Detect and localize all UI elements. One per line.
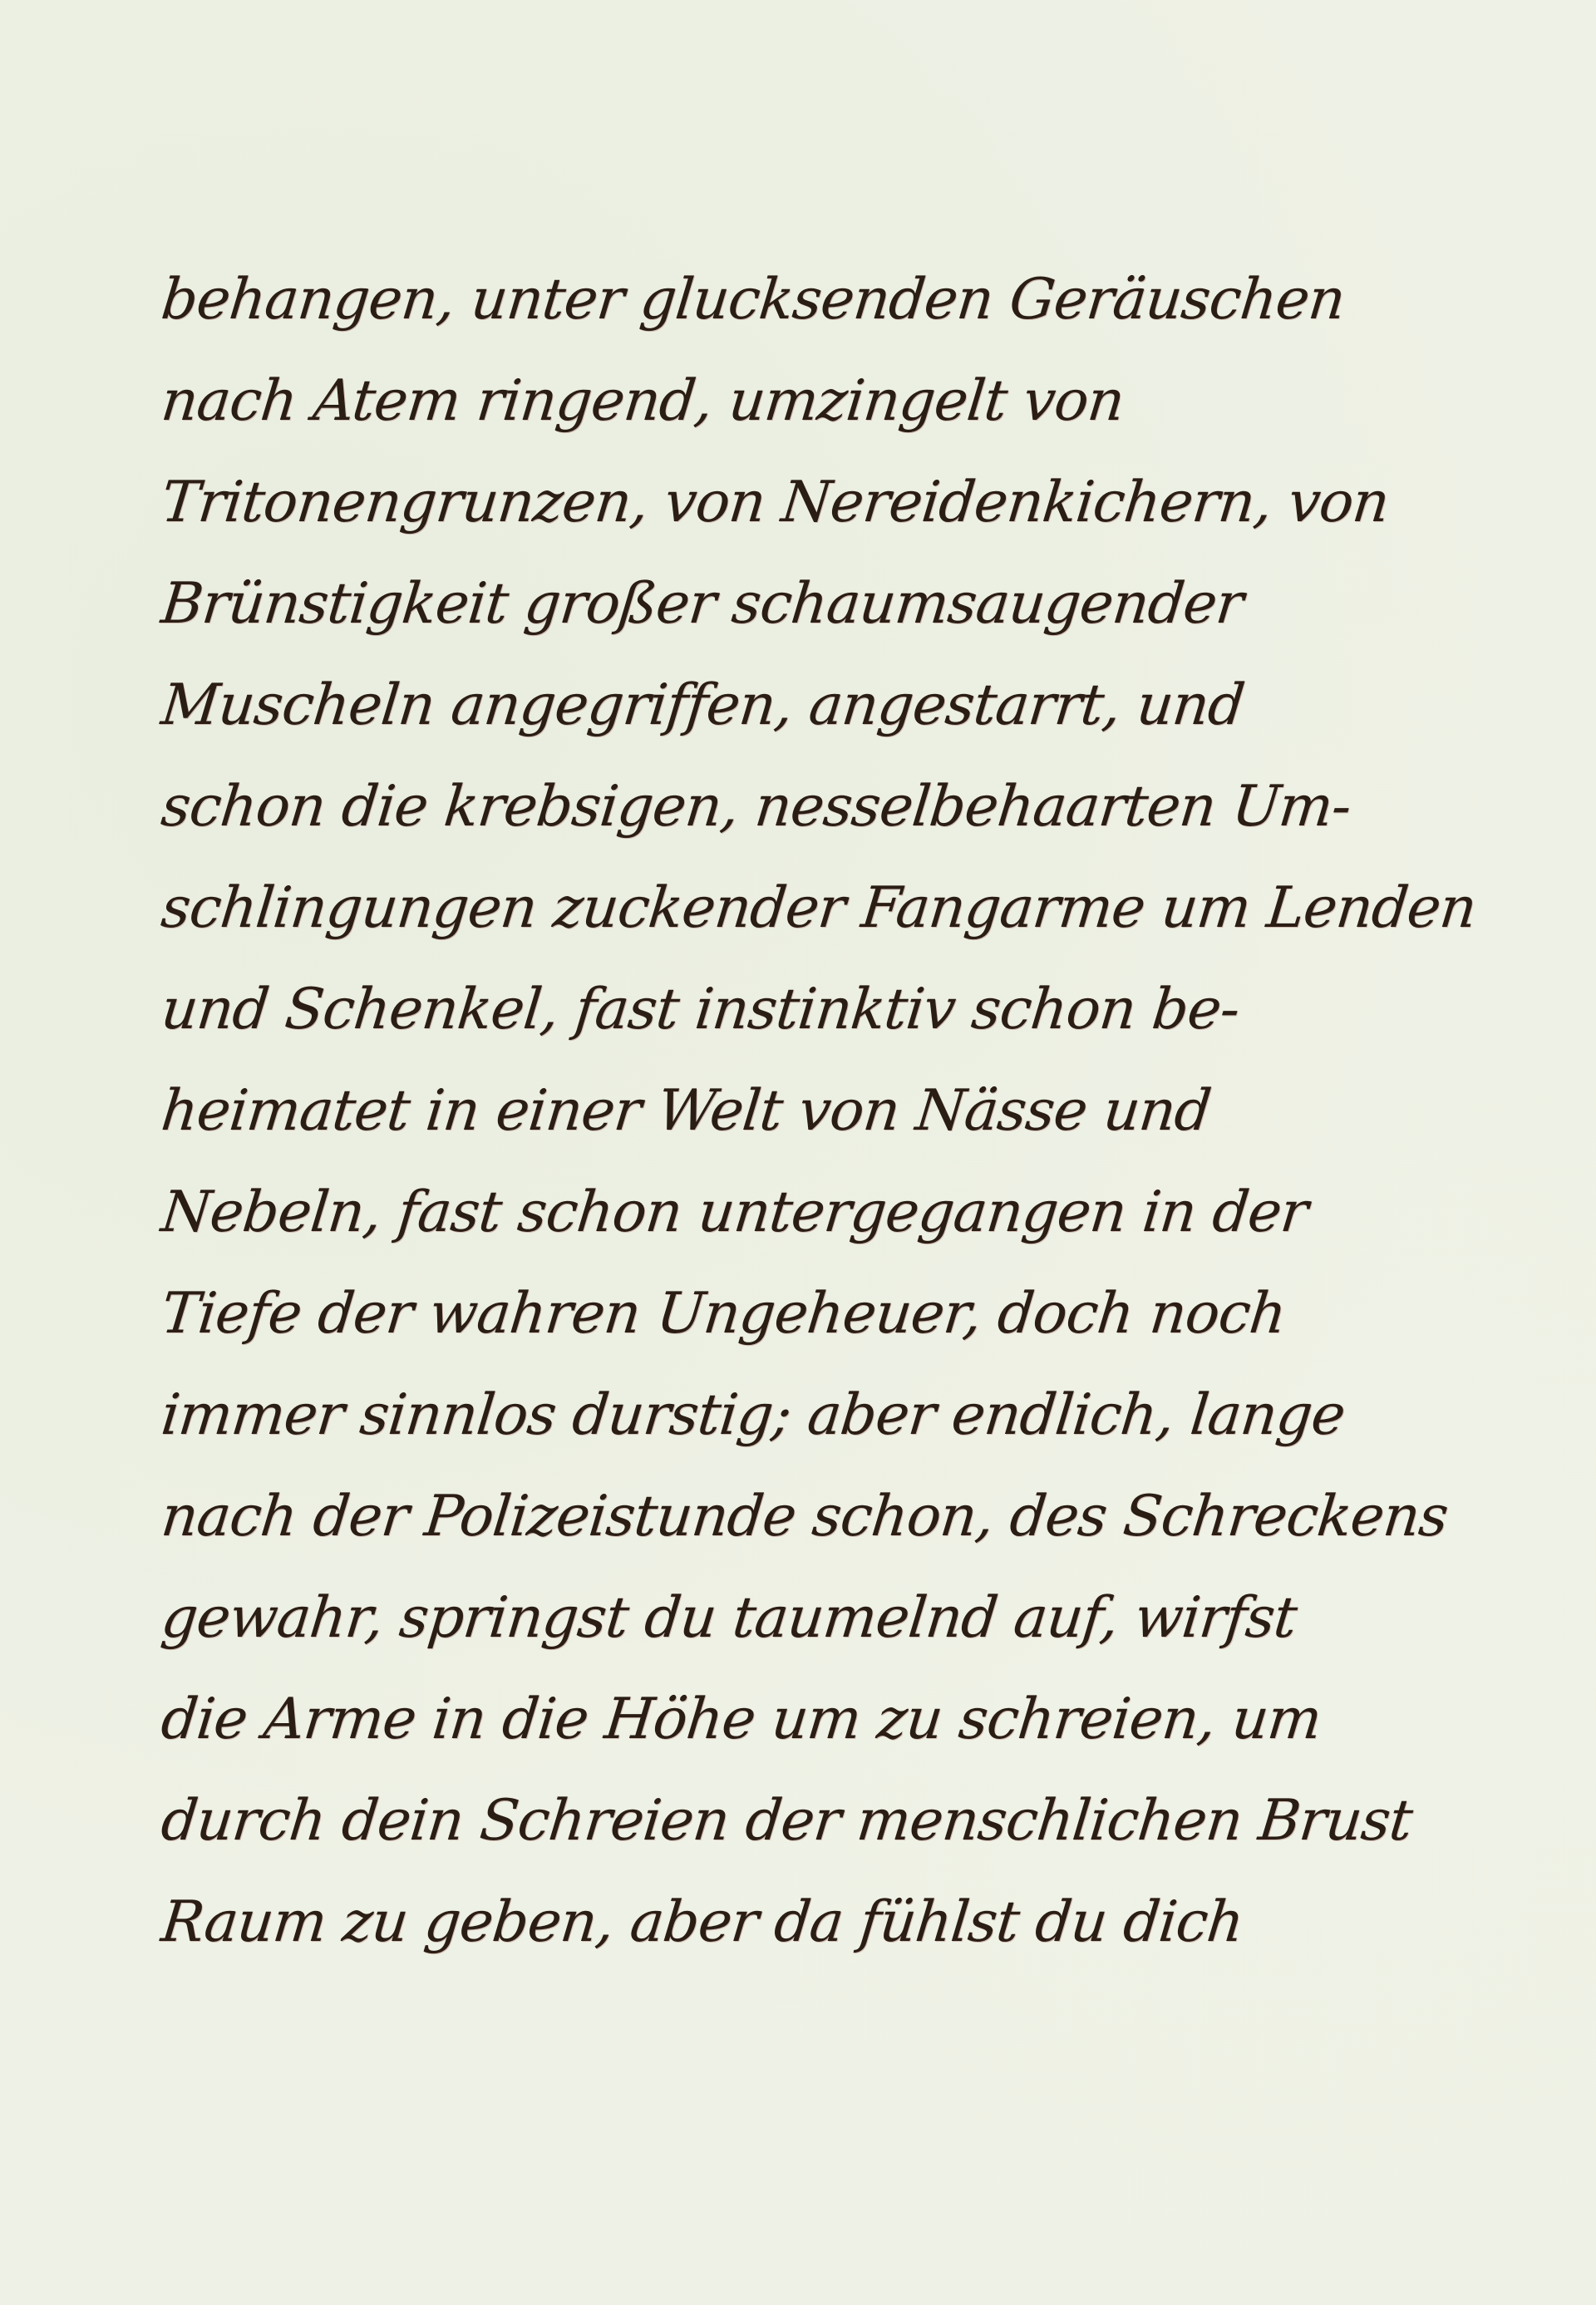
manuscript-line: immer sinnlos durstig; aber endlich, lan…: [156, 1365, 1464, 1466]
manuscript-line: Raum zu geben, aber da fühlst du dich: [156, 1872, 1464, 1973]
manuscript-line: Nebeln, fast schon untergegangen in der: [156, 1162, 1464, 1263]
handwritten-text-block: behangen, unter glucksenden Geräuschen n…: [156, 249, 1453, 1973]
manuscript-line: durch dein Schreien der menschlichen Bru…: [156, 1771, 1464, 1872]
manuscript-line: nach der Polizeistunde schon, des Schrec…: [156, 1466, 1464, 1568]
manuscript-line: behangen, unter glucksenden Geräuschen: [156, 249, 1464, 351]
manuscript-line: nach Atem ringend, umzingelt von: [156, 351, 1464, 452]
manuscript-page: behangen, unter glucksenden Geräuschen n…: [0, 0, 1596, 2305]
manuscript-line: gewahr, springst du taumelnd auf, wirfst: [156, 1568, 1464, 1669]
manuscript-line: und Schenkel, fast instinktiv schon be-: [156, 959, 1464, 1061]
manuscript-line: schon die krebsigen, nesselbehaarten Um-: [156, 756, 1464, 858]
manuscript-line: Tiefe der wahren Ungeheuer, doch noch: [156, 1263, 1464, 1365]
manuscript-line: Muscheln angegriffen, angestarrt, und: [156, 655, 1464, 756]
manuscript-line: Brünstigkeit großer schaumsaugender: [156, 554, 1464, 655]
manuscript-line: Tritonengrunzen, von Nereidenkichern, vo…: [156, 452, 1464, 554]
manuscript-line: heimatet in einer Welt von Nässe und: [156, 1061, 1464, 1162]
manuscript-line: schlingungen zuckender Fangarme um Lende…: [156, 858, 1464, 959]
manuscript-line: die Arme in die Höhe um zu schreien, um: [156, 1669, 1464, 1771]
